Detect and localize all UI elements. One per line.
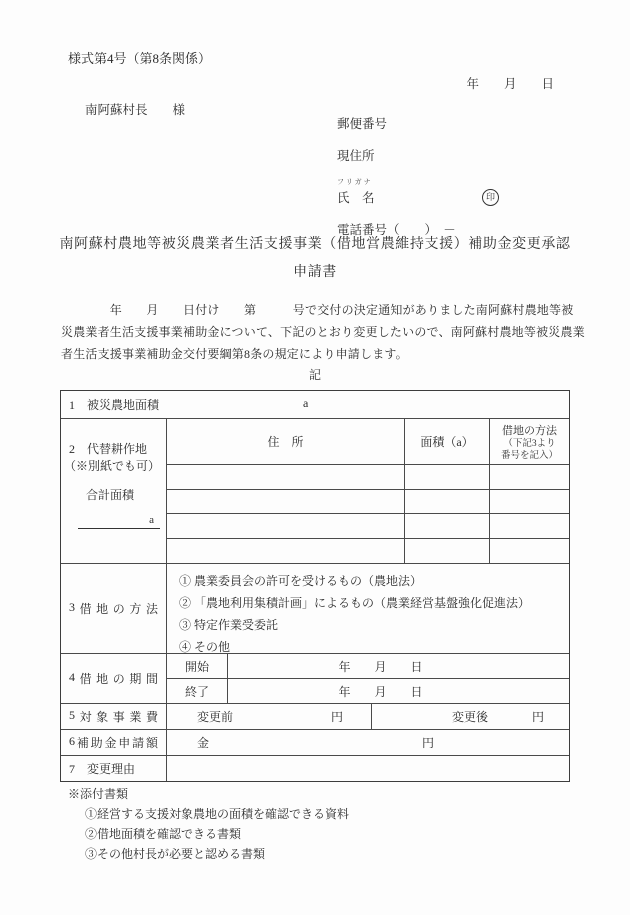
address-cell — [167, 539, 404, 563]
row-lease-method: 3借地の方法 ① 農業委員会の許可を受けるもの（農地法） ② 「農地利用集積計画… — [61, 563, 569, 653]
address-cell — [167, 490, 404, 514]
body-paragraph: 年 月 日付け 第 号で交付の決定通知がありました南阿蘇村農地等被 災農業者生活… — [61, 299, 573, 365]
lease-end-row: 終了 年 月 日 — [166, 678, 569, 703]
start-label: 開始 — [167, 654, 227, 678]
subsidy-amount-label: 6補助金申請額 — [61, 730, 166, 755]
replacement-land-row — [166, 464, 569, 489]
lease-method-option-2: ② 「農地利用集積計画」によるもの（農業経営基盤強化促進法） — [179, 592, 559, 614]
name-line: 氏 名 印 — [337, 188, 499, 206]
method-cell — [489, 539, 569, 563]
notes-heading: ※添付書類 — [68, 784, 349, 804]
current-address-label: 現住所 — [337, 146, 512, 164]
addressee-line: 南阿蘇村長 様 — [85, 100, 185, 118]
row-target-project-cost: 5対象事業費 変更前 円 変更後 円 — [61, 703, 569, 729]
form-table: 1 被災農地面積 a 2 代替耕作地 （※別紙でも可） 合計面積 a 住 所 面… — [60, 390, 570, 782]
ki-heading: 記 — [0, 364, 630, 386]
notes-item-1: ①経営する支援対象農地の面積を確認できる資料 — [68, 804, 349, 824]
lease-method-label: 3借地の方法 — [61, 564, 166, 653]
attachment-notes: ※添付書類 ①経営する支援対象農地の面積を確認できる資料 ②借地面積を確認できる… — [68, 784, 349, 864]
cost-before-cell: 変更前 円 — [166, 704, 371, 729]
subtable-header: 住 所 面積（a） 借地の方法 （下記3より 番号を記入） — [166, 419, 569, 464]
amount-prefix: 金 — [197, 734, 209, 751]
row-change-reason: 7 変更理由 — [61, 755, 569, 781]
after-label: 変更後 — [452, 708, 488, 725]
address-column-header: 住 所 — [167, 419, 404, 464]
address-cell — [167, 514, 404, 538]
lease-method-option-3: ③ 特定作業受委託 — [179, 614, 559, 636]
method-cell — [489, 514, 569, 538]
form-code-label: 様式第4号（第8条関係） — [68, 48, 211, 67]
row-damaged-farmland-area: 1 被災農地面積 a — [61, 391, 569, 418]
name-label: 氏 名 — [337, 188, 375, 206]
replacement-land-row — [166, 489, 569, 514]
lease-method-option-1: ① 農業委員会の許可を受けるもの（農地法） — [179, 570, 559, 592]
notes-item-2: ②借地面積を確認できる書類 — [68, 824, 349, 844]
replacement-farmland-label: 2 代替耕作地 （※別紙でも可） 合計面積 a — [61, 419, 166, 563]
lease-start-row: 開始 年 月 日 — [166, 654, 569, 678]
replacement-land-row — [166, 538, 569, 563]
body-line-3: 者生活支援事業補助金交付要綱第8条の規定により申請します。 — [61, 343, 573, 365]
replacement-land-row — [166, 513, 569, 538]
body-line-1: 年 月 日付け 第 号で交付の決定通知がありました南阿蘇村農地等被 — [61, 299, 573, 321]
subsidy-amount-cell: 金 円 — [166, 730, 569, 755]
area-cell — [404, 539, 489, 563]
method-column-header: 借地の方法 （下記3より 番号を記入） — [489, 419, 569, 464]
end-label: 終了 — [167, 679, 227, 703]
cost-after-cell: 変更後 円 — [371, 704, 569, 729]
form-title-line1: 南阿蘇村農地等被災農業者生活支援事業（借地営農維持支援）補助金変更承認 — [0, 231, 630, 259]
row-replacement-farmland: 2 代替耕作地 （※別紙でも可） 合計面積 a 住 所 面積（a） 借地の方法 … — [61, 418, 569, 563]
form-title-line2: 申請書 — [0, 259, 630, 287]
issue-date-line: 年 月 日 — [466, 74, 554, 92]
total-area-label: 合計面積 — [61, 487, 166, 504]
replacement-land-subtable: 住 所 面積（a） 借地の方法 （下記3より 番号を記入） — [166, 419, 569, 563]
before-label: 変更前 — [197, 708, 233, 725]
area-cell — [404, 465, 489, 489]
notes-item-3: ③その他村長が必要と認める書類 — [68, 844, 349, 864]
address-cell — [167, 465, 404, 489]
method-cell — [489, 490, 569, 514]
lease-period-label: 4借地の期間 — [61, 654, 166, 703]
area-cell — [404, 490, 489, 514]
area-column-header: 面積（a） — [404, 419, 489, 464]
damaged-area-label: 1 被災農地面積 — [61, 396, 159, 413]
total-area-input-line: a — [78, 512, 160, 529]
applicant-block: 郵便番号 現住所 フリガナ 氏 名 印 電話番号（ ） － — [337, 114, 512, 238]
area-cell — [404, 514, 489, 538]
body-line-2: 災農業者生活支援事業補助金について、下記のとおり変更したいので、南阿蘇村農地等被… — [61, 321, 573, 343]
form-title: 南阿蘇村農地等被災農業者生活支援事業（借地営農維持支援）補助金変更承認 申請書 — [0, 231, 630, 287]
amount-unit: 円 — [422, 734, 434, 751]
postal-code-label: 郵便番号 — [337, 114, 512, 132]
row-subsidy-amount: 6補助金申請額 金 円 — [61, 729, 569, 755]
target-cost-label: 5対象事業費 — [61, 704, 166, 729]
furigana-label: フリガナ — [337, 177, 512, 187]
method-cell — [489, 465, 569, 489]
replacement-label-line1: 2 代替耕作地 — [61, 441, 166, 458]
seal-icon: 印 — [482, 189, 499, 206]
lease-method-options: ① 農業委員会の許可を受けるもの（農地法） ② 「農地利用集積計画」によるもの（… — [166, 564, 569, 653]
change-reason-label: 7 変更理由 — [61, 756, 166, 781]
damaged-area-unit: a — [303, 396, 308, 411]
end-date-cell: 年 月 日 — [227, 679, 569, 703]
replacement-label-line2: （※別紙でも可） — [61, 458, 166, 475]
lease-period-cells: 開始 年 月 日 終了 年 月 日 — [166, 654, 569, 703]
row-lease-period: 4借地の期間 開始 年 月 日 終了 年 月 日 — [61, 653, 569, 703]
after-unit: 円 — [532, 708, 544, 725]
change-reason-cell — [166, 756, 569, 781]
start-date-cell: 年 月 日 — [227, 654, 569, 678]
before-unit: 円 — [331, 708, 343, 725]
document-page: 様式第4号（第8条関係） 年 月 日 南阿蘇村長 様 郵便番号 現住所 フリガナ… — [0, 0, 630, 915]
